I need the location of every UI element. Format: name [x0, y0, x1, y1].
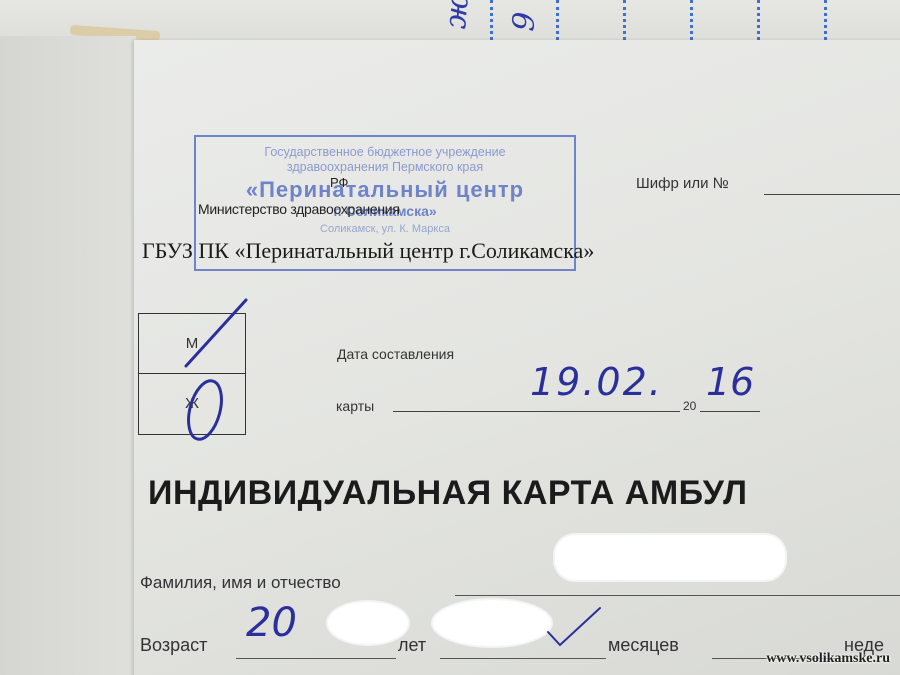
- dotted-column: [690, 0, 693, 40]
- year-prefix: 20: [683, 399, 696, 413]
- document-title: ИНДИВИДУАЛЬНАЯ КАРТА АМБУЛ: [148, 474, 747, 513]
- cipher-label: Шифр или №: [636, 175, 729, 192]
- organization-name: ГБУЗ ПК «Перинатальный центр г.Соликамск…: [142, 238, 594, 264]
- dotted-column: [556, 0, 559, 40]
- age-years-field[interactable]: [236, 658, 396, 659]
- date-label: Дата составления: [337, 346, 454, 362]
- redaction-blot: [433, 600, 551, 646]
- stamp-name: «Перинатальный центр: [196, 177, 574, 203]
- stamp-line1: Государственное бюджетное учреждение: [196, 145, 574, 160]
- background-handwriting: ж: [438, 0, 476, 30]
- ministry-label: Министерство здравоохранения: [198, 201, 400, 217]
- stamp-address: Соликамск, ул. К. Маркса: [196, 223, 574, 235]
- age-label: Возраст: [140, 635, 207, 656]
- gender-option-male[interactable]: М: [139, 314, 245, 374]
- gender-option-female[interactable]: Ж: [139, 374, 245, 433]
- left-paper-strip: [0, 36, 136, 675]
- country-label: РФ: [330, 175, 348, 190]
- redaction-blot: [328, 602, 408, 644]
- full-name-label: Фамилия, имя и отчество: [140, 573, 341, 593]
- watermark: www.vsolikamske.ru: [766, 651, 890, 667]
- months-label: месяцев: [608, 635, 679, 656]
- handwritten-date: 19.02.: [530, 360, 663, 404]
- cipher-field[interactable]: [764, 194, 900, 195]
- date-label-cont: карты: [336, 398, 374, 414]
- background-handwriting: 9: [506, 10, 543, 32]
- full-name-field[interactable]: [455, 595, 900, 596]
- handwritten-year: 16: [706, 360, 754, 404]
- age-months-field[interactable]: [440, 658, 606, 659]
- dotted-column: [623, 0, 626, 40]
- handwritten-age: 20: [246, 600, 297, 646]
- dotted-column: [757, 0, 760, 40]
- redaction-blot: [555, 535, 785, 580]
- year-field[interactable]: [700, 411, 760, 412]
- years-label: лет: [398, 635, 426, 656]
- dotted-column: [824, 0, 827, 40]
- dotted-column: [490, 0, 493, 40]
- gender-selector: М Ж: [138, 313, 246, 435]
- date-field[interactable]: [393, 411, 680, 412]
- stamp-line2: здравоохранения Пермского края: [196, 160, 574, 175]
